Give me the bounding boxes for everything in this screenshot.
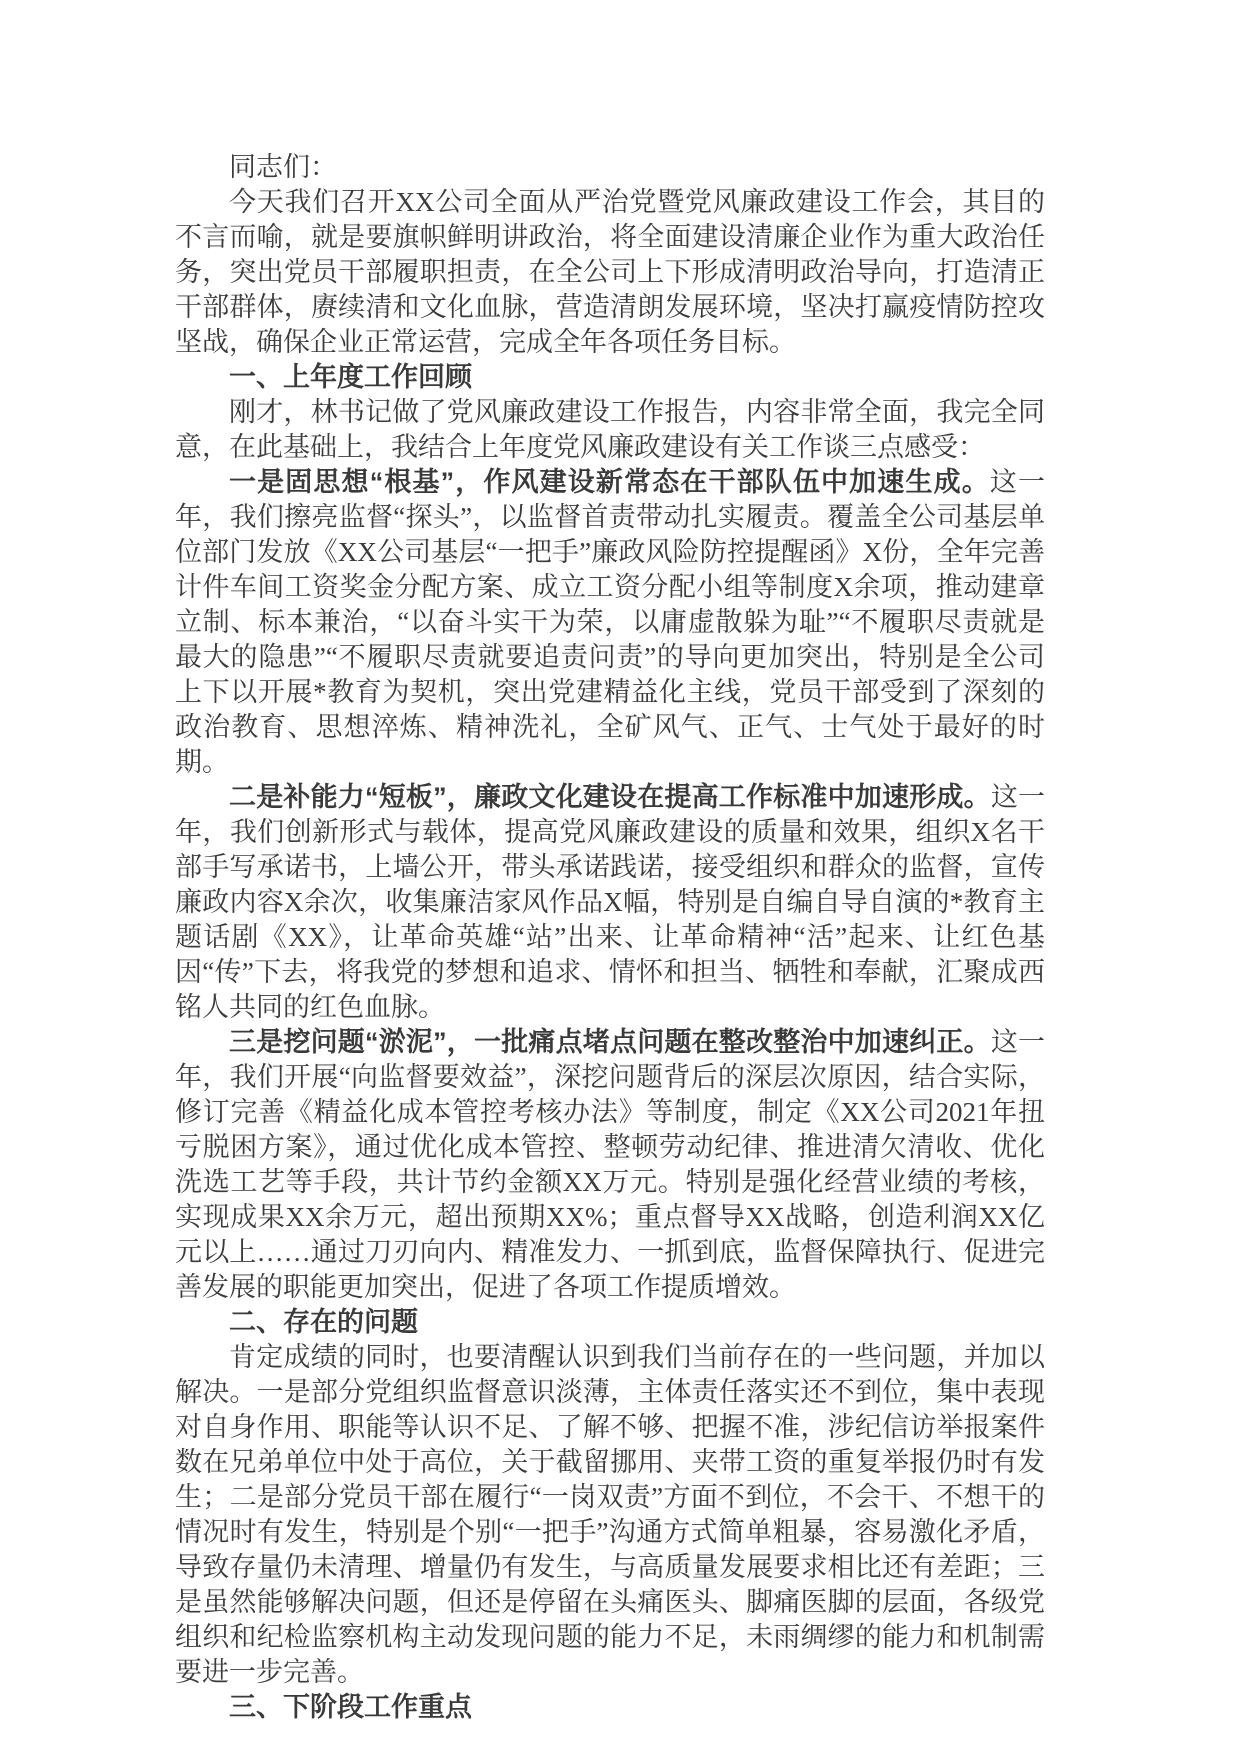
section2-paragraph-1: 肯定成绩的同时，也要清醒认识到我们当前存在的一些问题，并加以解决。一是部分党组织… (175, 1340, 1045, 1690)
point-2-lead: 二是补能力“短板”，廉政文化建设在提高工作标准中加速形成。 (229, 782, 991, 812)
point-1-lead: 一是固思想“根基”，作风建设新常态在干部队伍中加速生成。 (229, 467, 990, 497)
section1-paragraph-1: 刚才，林书记做了党风廉政建设工作报告，内容非常全面，我完全同意，在此基础上，我结… (175, 395, 1045, 465)
section-heading-3: 三、下阶段工作重点 (175, 1690, 1045, 1725)
section-heading-1: 一、上年度工作回顾 (175, 360, 1045, 395)
intro-paragraph: 今天我们召开XX公司全面从严治党暨党风廉政建设工作会，其目的不言而喻，就是要旗帜… (175, 185, 1045, 360)
point-2-text: 这一年，我们创新形式与载体，提高党风廉政建设的质量和效果，组织X名干部手写承诺书… (175, 782, 1045, 1022)
point-3-text: 这一年，我们开展“向监督要效益”，深挖问题背后的深层次原因，结合实际，修订完善《… (175, 1027, 1045, 1302)
section-heading-2: 二、存在的问题 (175, 1305, 1045, 1340)
point-1-text: 这一年，我们擦亮监督“探头”，以监督首责带动扎实履责。覆盖全公司基层单位部门发放… (175, 467, 1045, 777)
document-body: 同志们： 今天我们召开XX公司全面从严治党暨党风廉政建设工作会，其目的不言而喻，… (175, 150, 1045, 1725)
section1-paragraph-4: 三是挖问题“淤泥”，一批痛点堵点问题在整改整治中加速纠正。这一年，我们开展“向监… (175, 1025, 1045, 1305)
section1-paragraph-2: 一是固思想“根基”，作风建设新常态在干部队伍中加速生成。这一年，我们擦亮监督“探… (175, 465, 1045, 780)
section1-paragraph-3: 二是补能力“短板”，廉政文化建设在提高工作标准中加速形成。这一年，我们创新形式与… (175, 780, 1045, 1025)
point-3-lead: 三是挖问题“淤泥”，一批痛点堵点问题在整改整治中加速纠正。 (229, 1027, 991, 1057)
document-page: 同志们： 今天我们召开XX公司全面从严治党暨党风廉政建设工作会，其目的不言而喻，… (0, 0, 1240, 1754)
salutation: 同志们： (175, 150, 1045, 185)
